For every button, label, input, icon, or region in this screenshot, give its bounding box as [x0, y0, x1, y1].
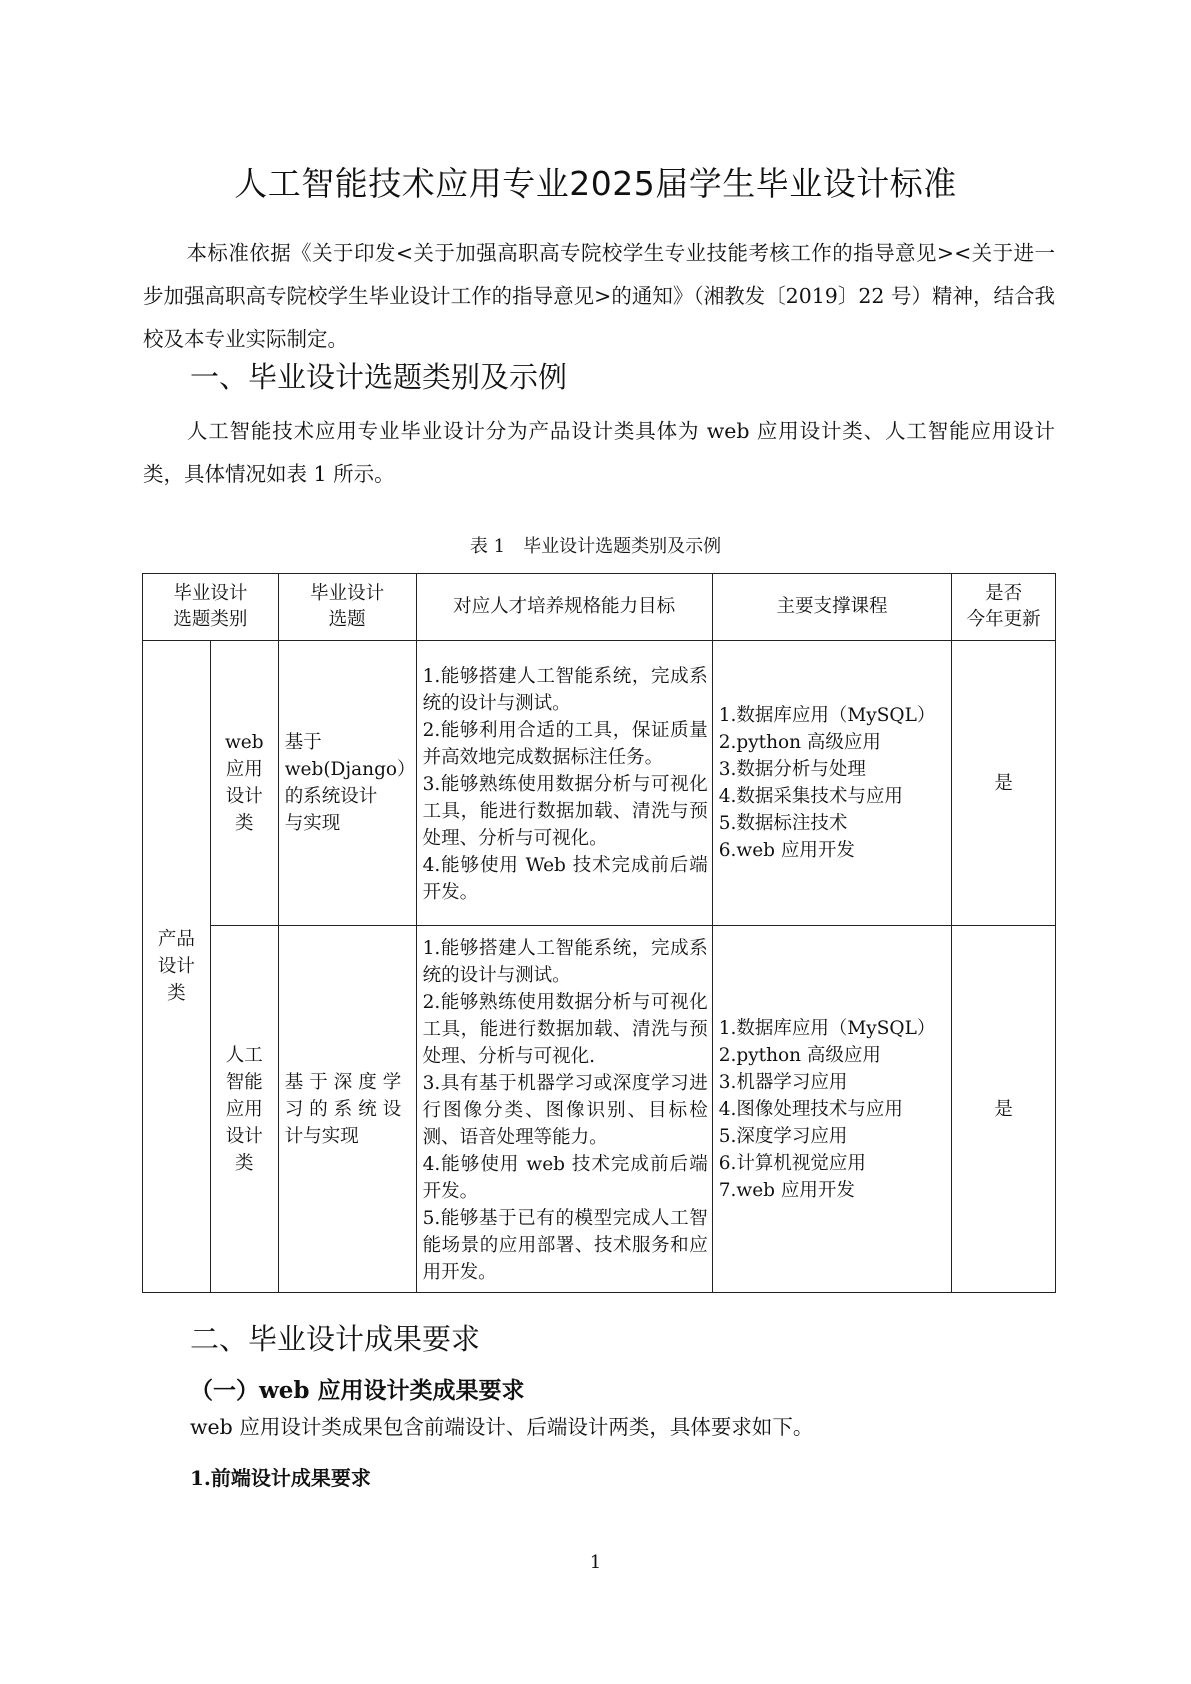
header-updated: 是否今年更新: [952, 574, 1056, 641]
topic-table: 毕业设计选题类别 毕业设计选题 对应人才培养规格能力目标 主要支撑课程 是否今年…: [142, 573, 1056, 1293]
courses-cell: 1.数据库应用（MySQL）2.python 高级应用3.数据分析与处理4.数据…: [712, 641, 952, 926]
subcategory-cell: web应用设计类: [210, 641, 278, 926]
category-cell: 产品设计类: [143, 641, 211, 1293]
intro-paragraph: 本标准依据《关于印发<关于加强高职高专院校学生专业技能考核工作的指导意见><关于…: [143, 232, 1055, 361]
updated-cell: 是: [952, 641, 1056, 926]
section1-text: 人工智能技术应用专业毕业设计分为产品设计类具体为 web 应用设计类、人工智能应…: [143, 419, 1055, 486]
page-number: 1: [0, 1552, 1191, 1573]
section2-sub1-paragraph: web 应用设计类成果包含前端设计、后端设计两类，具体要求如下。: [190, 1406, 1050, 1449]
section2-sub1-heading: （一）web 应用设计类成果要求: [190, 1372, 525, 1405]
header-topic: 毕业设计选题: [278, 574, 416, 641]
table-caption: 表 1 毕业设计选题类别及示例: [0, 532, 1191, 558]
subcategory-cell: 人工智能应用设计类: [210, 926, 278, 1293]
section1-paragraph: 人工智能技术应用专业毕业设计分为产品设计类具体为 web 应用设计类、人工智能应…: [143, 410, 1055, 496]
updated-cell: 是: [952, 926, 1056, 1293]
goals-cell: 1.能够搭建人工智能系统，完成系统的设计与测试。2.能够利用合适的工具，保证质量…: [416, 641, 712, 926]
courses-cell: 1.数据库应用（MySQL）2.python 高级应用3.机器学习应用4.图像处…: [712, 926, 952, 1293]
header-category: 毕业设计选题类别: [143, 574, 279, 641]
header-goals: 对应人才培养规格能力目标: [416, 574, 712, 641]
topic-cell: 基于web(Django）的系统设计与实现: [278, 641, 416, 926]
section2-heading: 二、毕业设计成果要求: [190, 1317, 480, 1358]
table-header-row: 毕业设计选题类别 毕业设计选题 对应人才培养规格能力目标 主要支撑课程 是否今年…: [143, 574, 1056, 641]
goals-cell: 1.能够搭建人工智能系统，完成系统的设计与测试。2.能够熟练使用数据分析与可视化…: [416, 926, 712, 1293]
document-title: 人工智能技术应用专业2025届学生毕业设计标准: [0, 158, 1191, 205]
table-row: 人工智能应用设计类 基于深度学习的系统设计与实现 1.能够搭建人工智能系统，完成…: [143, 926, 1056, 1293]
header-courses: 主要支撑课程: [712, 574, 952, 641]
section1-heading: 一、毕业设计选题类别及示例: [190, 355, 567, 396]
table-row: 产品设计类 web应用设计类 基于web(Django）的系统设计与实现 1.能…: [143, 641, 1056, 926]
intro-text: 本标准依据《关于印发<关于加强高职高专院校学生专业技能考核工作的指导意见><关于…: [143, 241, 1055, 351]
topic-cell: 基于深度学习的系统设计与实现: [278, 926, 416, 1293]
section2-item1-heading: 1.前端设计成果要求: [190, 1462, 371, 1491]
